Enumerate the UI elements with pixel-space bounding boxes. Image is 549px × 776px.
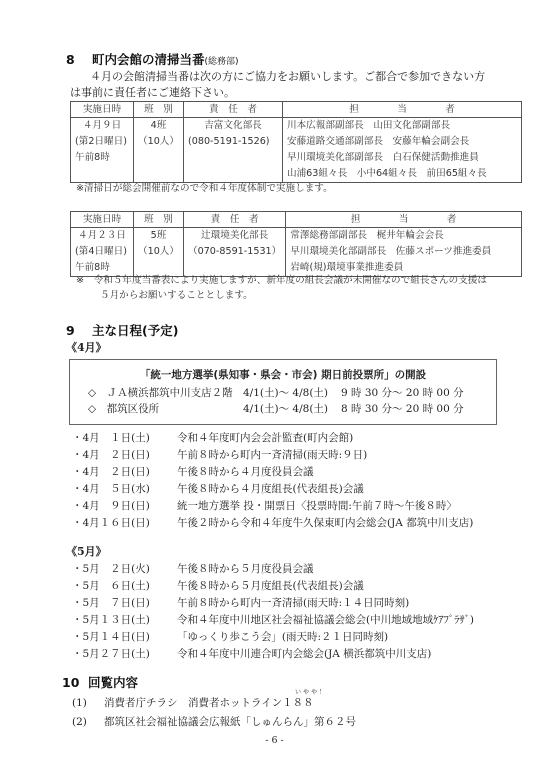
page-number: - 6 - (0, 735, 549, 746)
section-title: 回覧内容 (88, 675, 138, 690)
table-row: ４月２３日 (第4日曜日) 午前8時 5班 （10人） 辻環境美化部長 （070… (71, 228, 522, 277)
section-number: 9 (66, 323, 92, 338)
schedule-event: 令和４年度中川連合町内会総会(JA 横浜都筑中川支店) (177, 648, 431, 661)
voting-place: ◇ ＪＡ横浜都筑中川支店２階 (88, 387, 243, 400)
schedule-date: ・5月２７日(土) (72, 648, 177, 661)
date-line: ４月２３日 (75, 228, 129, 244)
staff-line: 岩崎(規)環境事業推進委員 (290, 260, 517, 276)
circular-text: 都筑区社会福祉協議会広報紙「しゅんらん」第６２号 (104, 716, 356, 728)
staff-line: 常澤総務部副部長 梶井年輪会会長 (290, 228, 517, 244)
schedule-event: 令和４年度町内会会計監査(町内会館) (177, 432, 353, 445)
schedule-item: ・4月 ２日(日)午前８時から町内一斉清掃(雨天時:９日) (72, 449, 367, 462)
cell-leader: 辻環境美化部長 （070-8591-1531） (184, 228, 286, 277)
may-label: 《5月》 (66, 545, 107, 558)
date-line: ４月９日 (75, 118, 129, 134)
schedule-date: ・5月１４日(日) (72, 631, 177, 644)
early-voting-row: ◇ 都筑区役所4/1(土)～ 4/8(土)8 時 30 分～ 20 時 00 分 (88, 403, 464, 416)
cell-group: 4班 （10人） (134, 118, 184, 183)
voting-place: ◇ 都筑区役所 (88, 403, 243, 416)
schedule-event: 「ゆっくり歩こう会」(雨天時:２１日同時刻) (177, 631, 388, 644)
schedule-item: ・5月１４日(日)「ゆっくり歩こう会」(雨天時:２１日同時刻) (72, 631, 388, 644)
section-8-heading: 8町内会館の清掃当番(総務部) (66, 52, 239, 68)
cell-group: 5班 （10人） (134, 228, 184, 277)
early-voting-title: 「統一地方選挙(県知事・県会・市会) 期日前投票所」の開設 (70, 369, 496, 382)
header-leader: 責 任 者 (184, 212, 286, 228)
header-leader: 責 任 者 (184, 102, 283, 118)
circular-item: (1)消費者庁チラシ 消費者ホットライン１８８ (72, 697, 314, 710)
schedule-event: 午前８時から町内一斉清掃(雨天時:９日) (177, 449, 367, 462)
schedule-item: ・5月２７日(土)令和４年度中川連合町内会総会(JA 横浜都筑中川支店) (72, 648, 431, 661)
table-header-row: 実施日時 班 別 責 任 者 担 当 者 (71, 212, 522, 228)
schedule-item: ・4月 ２日(日)午後８時から４月度役員会議 (72, 466, 314, 479)
schedule-event: 午後８時から５月度組長(代表組長)会議 (177, 580, 364, 593)
section-dept: (総務部) (205, 57, 239, 67)
circular-number: (2) (72, 716, 104, 729)
cell-staff: 常澤総務部副部長 梶井年輪会会長 早川環境美化部副部長 佐藤スポーツ推進委員 岩… (286, 228, 522, 277)
cleaning-table-1: 実施日時 班 別 責 任 者 担 当 者 ４月９日 (第2日曜日) 午前8時 4… (70, 101, 522, 183)
section-title: 主な日程(予定) (92, 323, 178, 338)
schedule-date: ・4月 ２日(日) (72, 466, 177, 479)
schedule-item: ・4月１６日(日)午後２時から令和４年度牛久保東町内会総会(JA 都筑中川支店) (72, 517, 473, 530)
cell-date: ４月９日 (第2日曜日) 午前8時 (71, 118, 134, 183)
note-1: ※清掃日が総会開催前なので令和４年度体制で実施します。 (76, 183, 333, 195)
staff-line: 川本広報部副部長 山田文化部副部長 (287, 118, 517, 134)
intro-line-2: は事前に責任者にご連絡下さい。 (70, 84, 235, 101)
staff-line: 早川環境美化部副部長 白石保健活動推進員 (287, 150, 517, 166)
note-2-line-2: ５月からお願いすることとします。 (100, 290, 253, 302)
group-line: 5班 (138, 228, 179, 244)
schedule-date: ・4月 ２日(日) (72, 449, 177, 462)
schedule-date: ・4月 ５日(水) (72, 483, 177, 496)
leader-phone: (080-5191-1526) (188, 134, 278, 150)
schedule-event: 午後８時から４月度組長(代表組長)会議 (177, 483, 364, 496)
schedule-event: 午前８時から町内一斉清掃(雨天時:１４日同時刻) (177, 597, 409, 610)
header-group: 班 別 (134, 102, 184, 118)
schedule-item: ・4月 ５日(水)午後８時から４月度組長(代表組長)会議 (72, 483, 364, 496)
date-line: (第2日曜日) (75, 134, 129, 150)
voting-time: 9 時 30 分～ 20 時 00 分 (341, 387, 464, 399)
date-line: (第4日曜日) (75, 244, 129, 260)
schedule-item: ・5月 ２日(火)午後８時から５月度役員会議 (72, 563, 314, 576)
header-staff: 担 当 者 (286, 212, 522, 228)
cell-leader: 吉富文化部長 (080-5191-1526) (184, 118, 283, 183)
circular-item: (2)都筑区社会福祉協議会広報紙「しゅんらん」第６２号 (72, 716, 356, 729)
schedule-event: 午後２時から令和４年度牛久保東町内会総会(JA 都筑中川支店) (177, 517, 473, 530)
group-line: （10人） (138, 134, 179, 150)
cleaning-table-2: 実施日時 班 別 責 任 者 担 当 者 ４月２３日 (第4日曜日) 午前8時 … (70, 211, 522, 277)
early-voting-row: ◇ ＪＡ横浜都筑中川支店２階4/1(土)～ 4/8(土)9 時 30 分～ 20… (88, 387, 464, 400)
date-line: 午前8時 (75, 150, 129, 166)
header-date: 実施日時 (71, 212, 134, 228)
header-group: 班 別 (134, 212, 184, 228)
ruby-annotation: いやや！ (295, 689, 327, 696)
schedule-item: ・5月１３日(土)令和４年度中川地区社会福祉協議会総会(中川地域地域ｹｱﾌﾟﾗｻ… (72, 614, 474, 627)
schedule-item: ・4月 ９日(日)統一地方選挙 投・開票日〈投票時間:午前７時～午後８時〉 (72, 500, 457, 513)
circular-number: (1) (72, 697, 104, 710)
cell-staff: 川本広報部副部長 山田文化部副部長 安藤道路交通部副部長 安藤年輪会副会長 早川… (283, 118, 522, 183)
staff-line: 安藤道路交通部副部長 安藤年輪会副会長 (287, 134, 517, 150)
schedule-date: ・5月１３日(土) (72, 614, 177, 627)
group-line: （10人） (138, 244, 179, 260)
schedule-event: 統一地方選挙 投・開票日〈投票時間:午前７時～午後８時〉 (177, 500, 457, 513)
note-2-line-1: ※ 令和５年度当番表により実施しますが、新年度の組長会議が未開催なので組長さんの… (76, 275, 487, 287)
schedule-event: 午後８時から４月度役員会議 (177, 466, 314, 479)
section-9-heading: 9主な日程(予定) (66, 323, 178, 338)
table-row: ４月９日 (第2日曜日) 午前8時 4班 （10人） 吉富文化部長 (080-5… (71, 118, 522, 183)
header-staff: 担 当 者 (283, 102, 522, 118)
april-label: 《4月》 (66, 341, 107, 354)
schedule-event: 午後８時から５月度役員会議 (177, 563, 314, 576)
schedule-date: ・4月 ９日(日) (72, 500, 177, 513)
schedule-date: ・5月 ６日(土) (72, 580, 177, 593)
staff-line: 早川環境美化部副部長 佐藤スポーツ推進委員 (290, 244, 517, 260)
staff-line: 山浦63組々長 小中64組々長 前田65組々長 (287, 166, 517, 182)
section-title: 町内会館の清掃当番 (92, 52, 205, 67)
schedule-date: ・4月 １日(土) (72, 432, 177, 445)
header-date: 実施日時 (71, 102, 134, 118)
voting-time: 8 時 30 分～ 20 時 00 分 (341, 403, 464, 415)
schedule-item: ・4月 １日(土)令和４年度町内会会計監査(町内会館) (72, 432, 353, 445)
date-line: 午前8時 (75, 260, 129, 276)
schedule-item: ・5月 ６日(土)午後８時から５月度組長(代表組長)会議 (72, 580, 364, 593)
cell-date: ４月２３日 (第4日曜日) 午前8時 (71, 228, 134, 277)
table-header-row: 実施日時 班 別 責 任 者 担 当 者 (71, 102, 522, 118)
leader-name: 辻環境美化部長 (188, 228, 281, 244)
section-10-heading: 10回覧内容 (62, 675, 138, 690)
schedule-event: 令和４年度中川地区社会福祉協議会総会(中川地域地域ｹｱﾌﾟﾗｻﾞ) (177, 614, 474, 627)
circular-text: 消費者庁チラシ 消費者ホットライン１８８ (104, 697, 314, 709)
section-number: 8 (66, 52, 92, 67)
schedule-date: ・5月 ２日(火) (72, 563, 177, 576)
section-number: 10 (62, 675, 88, 690)
schedule-date: ・5月 ７日(日) (72, 597, 177, 610)
group-line: 4班 (138, 118, 179, 134)
leader-phone: （070-8591-1531） (188, 244, 281, 260)
intro-line-1: ４月の会館清掃当番は次の方にご協力をお願いします。ご都合で参加できない方 (90, 68, 485, 85)
leader-name: 吉富文化部長 (188, 118, 278, 134)
early-voting-box: 「統一地方選挙(県知事・県会・市会) 期日前投票所」の開設 ◇ ＪＡ横浜都筑中川… (69, 359, 497, 425)
voting-dates: 4/1(土)～ 4/8(土) (243, 387, 341, 400)
schedule-item: ・5月 ７日(日)午前８時から町内一斉清掃(雨天時:１４日同時刻) (72, 597, 409, 610)
voting-dates: 4/1(土)～ 4/8(土) (243, 403, 341, 416)
schedule-date: ・4月１６日(日) (72, 517, 177, 530)
